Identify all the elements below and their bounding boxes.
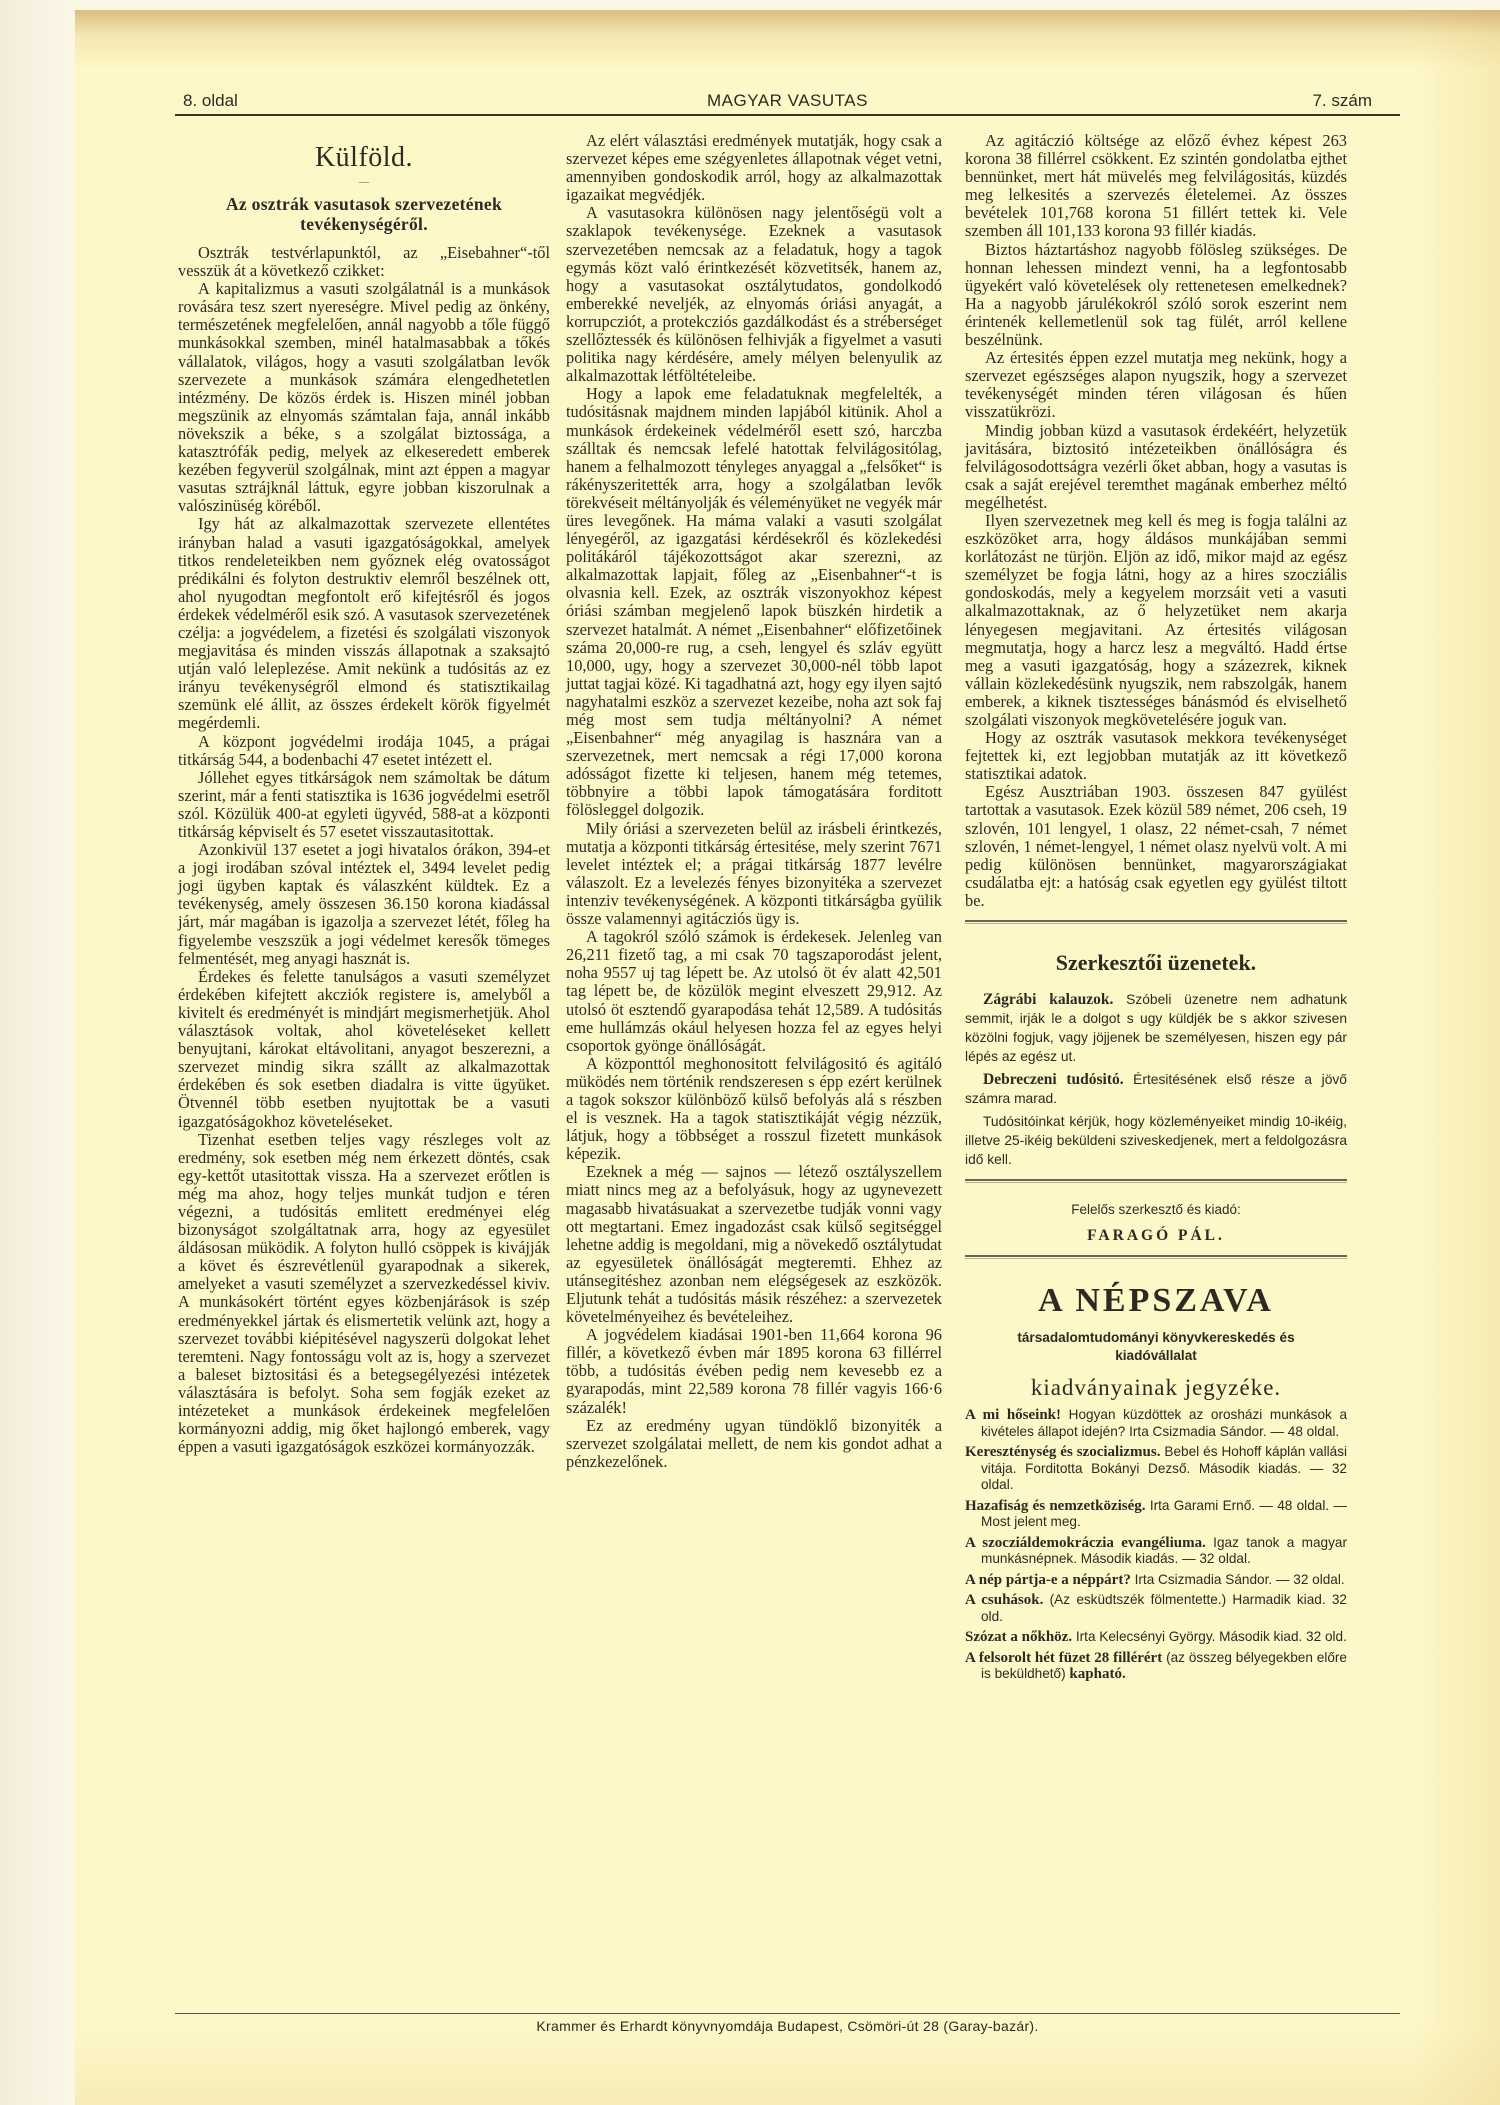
article-paragraph: Osztrák testvérlapunktól, az „Eisebahner… — [178, 244, 550, 280]
imprint-label: Felelős szerkesztő és kiadó: — [965, 1201, 1347, 1219]
scan-margin — [0, 0, 75, 2105]
message-addressee: Zágrábi kalauzok. — [983, 991, 1113, 1008]
article-paragraph: A központtól meghonositott felvilágositó… — [566, 1055, 942, 1164]
book-list: A mi hőseink! Hogyan küzdöttek az oroshá… — [965, 1407, 1347, 1683]
article-paragraph: Jóllehet egyes titkárságok nem számoltak… — [178, 769, 550, 841]
advert-title: A NÉPSZAVA — [965, 1283, 1347, 1319]
issue-number: 7. szám — [1312, 91, 1372, 111]
article-paragraph: Azonkivül 137 esetet a jogi hivatalos ór… — [178, 841, 550, 968]
footer-divider — [175, 2013, 1400, 2014]
article-paragraph: A tagokról szóló számok is érdekesek. Je… — [566, 928, 942, 1055]
article-paragraph: Ilyen szervezetnek meg kell és meg is fo… — [965, 512, 1347, 729]
article-paragraph: A kapitalizmus a vasuti szolgálatnál is … — [178, 280, 550, 515]
publication-title: MAGYAR VASUTAS — [175, 91, 1400, 111]
printer-imprint: Krammer és Erhardt könyvnyomdája Budapes… — [175, 2018, 1400, 2034]
book-item: Hazafiság és nemzetköziség. Irta Garami … — [965, 1498, 1347, 1531]
book-item: Szózat a nőkhöz. Irta Kelecsényi György.… — [965, 1629, 1347, 1646]
article-paragraph: Az elért választási eredmények mutatják,… — [566, 132, 942, 204]
section-divider — [965, 920, 1347, 924]
editor-name: FARAGÓ PÁL. — [965, 1227, 1347, 1245]
article-paragraph: Igy hát az alkalmazottak szervezete elle… — [178, 515, 550, 732]
article-paragraph: Az agitáczió költsége az előző évhez kép… — [965, 132, 1347, 241]
column-1: Külföld. — Az osztrák vasutasok szerveze… — [178, 132, 550, 1456]
column-2: Az elért választási eredmények mutatják,… — [566, 132, 942, 1471]
advert-closing: A felsorolt hét füzet 28 fillérért (az ö… — [965, 1650, 1347, 1683]
editorial-messages: Zágrábi kalauzok. Szóbeli üzenetre nem a… — [965, 990, 1347, 1169]
column-3: Az agitáczió költsége az előző évhez kép… — [965, 132, 1347, 1687]
book-item: Kereszténység és szocializmus. Bebel és … — [965, 1444, 1347, 1494]
editorial-message: Debreczeni tudósitó. Értesitésének első … — [965, 1070, 1347, 1108]
section-divider — [965, 1255, 1347, 1259]
page-header: 8. oldal MAGYAR VASUTAS 7. szám — [175, 88, 1400, 116]
article-paragraph: Mindig jobban küzd a vasutasok érdekéért… — [965, 422, 1347, 512]
article-paragraph: Egész Ausztriában 1903. összesen 847 gyü… — [965, 783, 1347, 910]
book-item: A csuhások. (Az esküdtszék fölmentette.)… — [965, 1592, 1347, 1625]
advert-subtitle: társadalomtudományi könyvkereskedés és k… — [975, 1329, 1337, 1365]
article-paragraph: Tizenhat esetben teljes vagy részleges v… — [178, 1131, 550, 1457]
book-item: A mi hőseink! Hogyan küzdöttek az oroshá… — [965, 1407, 1347, 1440]
article-title: Az osztrák vasutasok szervezetének tevék… — [178, 194, 550, 234]
editorial-messages-title: Szerkesztői üzenetek. — [965, 950, 1347, 976]
title-separator: — — [178, 178, 550, 188]
article-paragraph: Az értesités éppen ezzel mutatja meg nek… — [965, 349, 1347, 421]
message-addressee: Debreczeni tudósitó. — [983, 1071, 1124, 1088]
book-item: A szocziáldemokráczia evangéliuma. Igaz … — [965, 1535, 1347, 1568]
section-divider — [965, 1179, 1347, 1183]
article-paragraph: Biztos háztartáshoz nagyobb fölösleg szü… — [965, 241, 1347, 350]
book-item: A nép pártja-e a néppárt? Irta Csizmadia… — [965, 1572, 1347, 1589]
article-paragraph: Érdekes és felette tanulságos a vasuti s… — [178, 968, 550, 1131]
advert-list-title: kiadványainak jegyzéke. — [965, 1379, 1347, 1397]
article-paragraph: Ezeknek a még — sajnos — létező osztálys… — [566, 1163, 942, 1326]
article-paragraph: A vasutasokra különösen nagy jelentőségü… — [566, 204, 942, 385]
article-paragraph: A központ jogvédelmi irodája 1045, a prá… — [178, 733, 550, 769]
editorial-message: Tudósitóinkat kérjük, hogy közleményeike… — [965, 1112, 1347, 1169]
article-paragraph: Mily óriási a szervezeten belül az irásb… — [566, 820, 942, 929]
article-paragraph: Hogy a lapok eme feladatuknak megfelelté… — [566, 385, 942, 819]
article-paragraph: A jogvédelem kiadásai 1901-ben 11,664 ko… — [566, 1326, 942, 1416]
editorial-message: Zágrábi kalauzok. Szóbeli üzenetre nem a… — [965, 990, 1347, 1066]
article-paragraph: Ez az eredmény ugyan tündöklő bizonyiték… — [566, 1417, 942, 1471]
section-title: Külföld. — [178, 142, 550, 174]
article-paragraph: Hogy az osztrák vasutasok mekkora tevéke… — [965, 729, 1347, 783]
